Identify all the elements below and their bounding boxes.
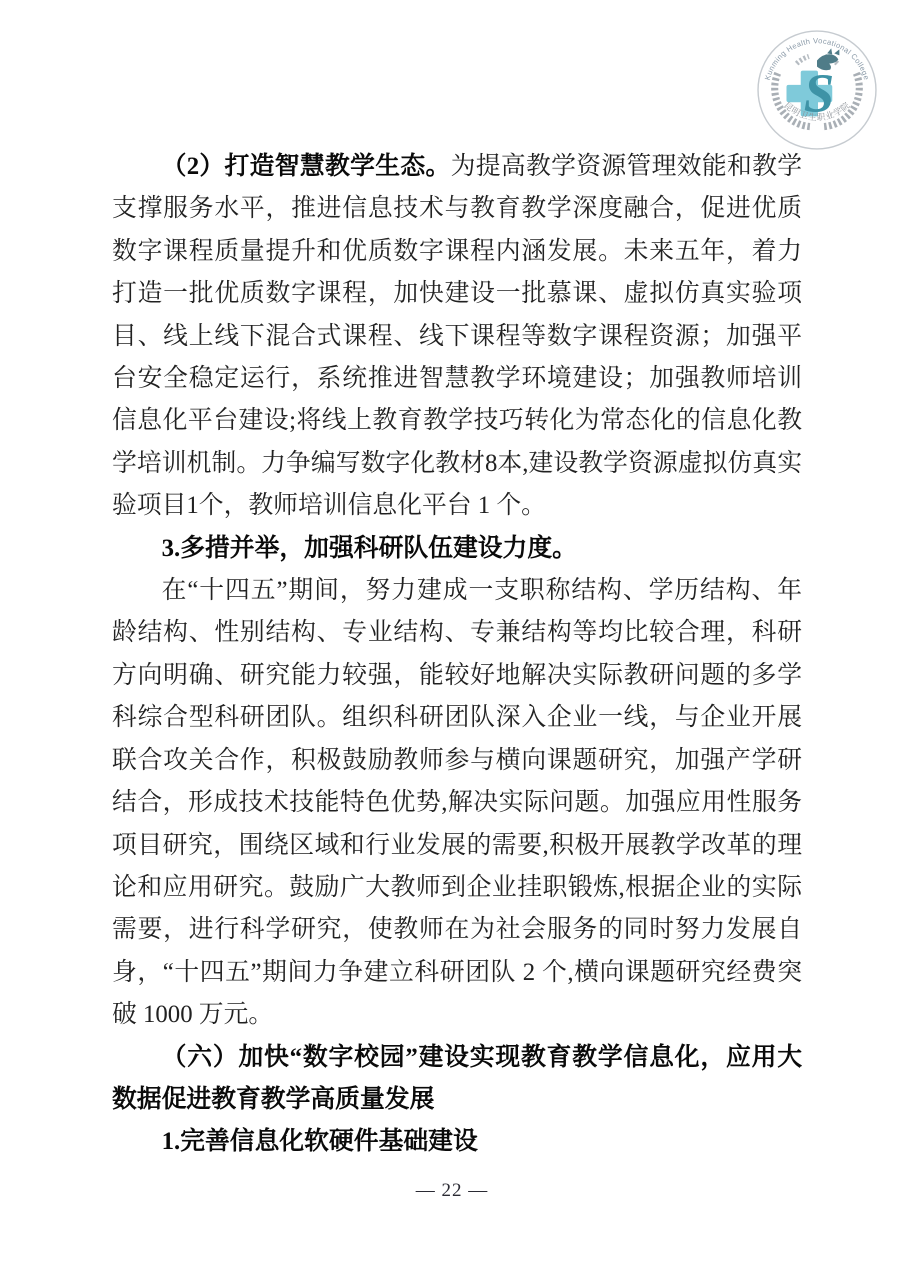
- body-paragraph: 在“十四五”期间，努力建成一支职称结构、学历结构、年龄结构、性别结构、专业结构、…: [112, 570, 802, 1036]
- text-run: 在“十四五”期间，努力建成一支职称结构、学历结构、年龄结构、性别结构、专业结构、…: [112, 577, 802, 1028]
- section-heading: 1.完善信息化软硬件基础建设: [112, 1121, 802, 1163]
- page-number: — 22 —: [0, 1179, 904, 1203]
- bold-text-run: 3.多措并举，加强科研队伍建设力度。: [162, 535, 577, 562]
- document-body: （2）打造智慧教学生态。为提高教学资源管理效能和教学支撑服务水平，推进信息技术与…: [112, 146, 802, 1164]
- document-page: Kunming Health Vocational College S 昆明卫生…: [0, 0, 904, 1280]
- bold-text-run: （2）打造智慧教学生态。: [162, 153, 451, 180]
- section-heading: 3.多措并举，加强科研队伍建设力度。: [112, 528, 802, 570]
- college-seal-logo: Kunming Health Vocational College S 昆明卫生…: [756, 29, 878, 151]
- text-run: 为提高教学资源管理效能和教学支撑服务水平，推进信息技术与教育教学深度融合，促进优…: [112, 153, 802, 519]
- bold-text-run: （六）加快“数字校园”建设实现教育教学信息化，应用大数据促进教育教学高质量发展: [112, 1044, 802, 1113]
- section-heading: （六）加快“数字校园”建设实现教育教学信息化，应用大数据促进教育教学高质量发展: [112, 1037, 802, 1122]
- body-paragraph: （2）打造智慧教学生态。为提高教学资源管理效能和教学支撑服务水平，推进信息技术与…: [112, 146, 802, 528]
- bold-text-run: 1.完善信息化软硬件基础建设: [162, 1128, 478, 1155]
